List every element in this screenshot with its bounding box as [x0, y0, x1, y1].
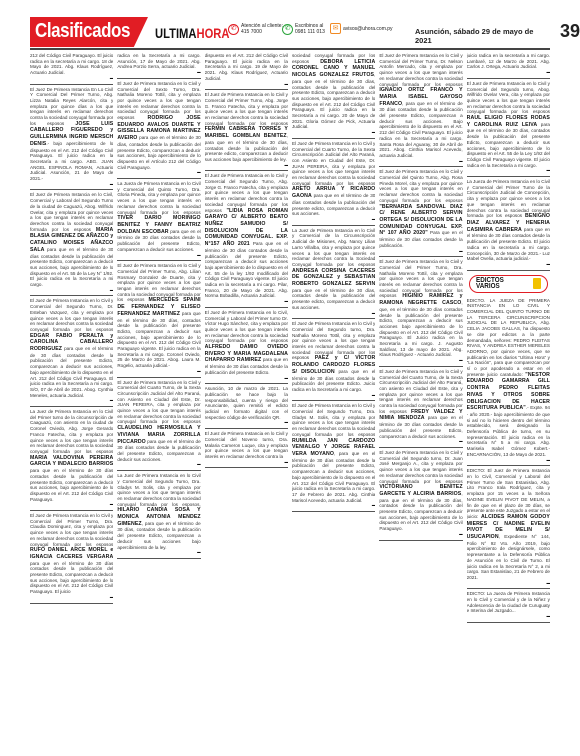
section-badge: EDICTOS VARIOS — [469, 275, 548, 293]
notice-end-mark: ▬ — [30, 595, 113, 601]
legal-notice: El Juez de Primera Instancia en lo Civil… — [379, 368, 462, 448]
legal-notice: El Juez de Primera Instancia en lo Civil… — [205, 309, 288, 384]
legal-notice: La Juez de Primera Instancia en lo Civil… — [292, 227, 375, 320]
notice-text-cont: Para que en el término de 30 días contad… — [205, 241, 288, 298]
notice-text-cont: , Expediente N° 144, Folio N° 92 Vto. Añ… — [467, 534, 550, 580]
notice-parties: RUFO DANIEL ARCE MOREL e IGNACIA CACERES… — [30, 547, 113, 560]
notice-end-mark: ▬ — [117, 253, 200, 259]
legal-notice: El Juez de Primera Instancia en lo Civil… — [30, 191, 113, 296]
issue-date: Asunción, sábado 29 de mayo de 2021 — [415, 27, 550, 45]
notice-end-mark: ▬ — [205, 460, 288, 466]
column-1: 212 del Código Civil Paraguayo. El juici… — [30, 52, 113, 712]
notice-text-cont: para que en el término de 30 días, conta… — [292, 288, 375, 310]
legal-notice: El Juez de Primera Instancia en lo Civil… — [292, 140, 375, 226]
page-number: 39 — [560, 21, 580, 42]
notice-end-mark: ▬ — [30, 288, 113, 294]
section-banner: Clasificados — [30, 17, 148, 47]
notice-parties: FERMIN CABRERA TORRES Y MARIBEL GOMBLAN … — [205, 126, 288, 139]
notice-end-mark: ▬ — [117, 550, 200, 556]
column-2: radica en la Secretaría a mi cargo. Asun… — [117, 52, 200, 712]
legal-notice: EDICTO. LA JUEZA DE PRIMERA INSTANCIA EN… — [467, 297, 550, 467]
notice-end-mark: ▬ — [205, 82, 288, 88]
legal-notice: El Juez de Primera Instancia en lo Civil… — [117, 262, 200, 377]
legal-notice: 212 del Código Civil Paraguayo. El juici… — [30, 52, 113, 85]
legal-notice: El Juez de Primera Instancia en lo Civil… — [205, 91, 288, 171]
legal-notice: radica en la Secretaría a mi cargo. Asun… — [117, 52, 200, 79]
notice-text-cont: , para que en el término de 30 días, con… — [292, 72, 375, 129]
legal-notice: El Juez de Primera Instancia en lo Civil… — [30, 297, 113, 407]
notice-text: El Juez de Primera Instancia en lo Civil… — [292, 403, 375, 437]
section-title: Clasificados — [35, 20, 130, 43]
notice-end-mark: ▬ — [205, 376, 288, 382]
notice-text: dispuesto en el Art. 212 del Código Civi… — [205, 53, 288, 81]
whatsapp-icon: ✆ — [282, 24, 293, 35]
notice-text: La Juez de Primera Instancia en lo Civil… — [117, 473, 200, 507]
notice-text: El Juez de Primera Instancia en lo Civil… — [205, 92, 288, 126]
column-4: sociedad conyugal formada por los esposo… — [292, 52, 375, 712]
contact-phone: ✆ Atención al cliente:415 7000 — [228, 23, 283, 35]
notice-text: 212 del Código Civil Paraguayo. El juici… — [30, 53, 113, 75]
notice-text-cont: , para que en el término de 30 días, con… — [379, 491, 462, 531]
notice-end-mark: ▬ — [205, 420, 288, 426]
notice-text: El Juez de Primera Instancia en lo Civil… — [379, 450, 462, 484]
notice-end-mark: ▬ — [379, 159, 462, 165]
logo-hora: HORA — [196, 25, 229, 41]
notice-text-cont: , para que en el término de 30 días cont… — [292, 451, 375, 503]
legal-notice: El Juez de Primera Instancia en lo Civil… — [379, 52, 462, 167]
notice-text: El Juez de Primera Instancia en lo Civil… — [30, 513, 113, 547]
notice-text: El Juez de Primera Instancia en lo Civil… — [205, 310, 288, 344]
notice-text-cont: para que en el término de 30 días contad… — [30, 468, 113, 502]
legal-notice: El Juez de Primera Instancia en lo Civil… — [117, 379, 200, 472]
header-rule — [30, 48, 550, 50]
notice-end-mark: ▬ — [379, 358, 462, 364]
notice-text: El Juez de Primera Instancia en lo Civil… — [117, 380, 200, 425]
notice-end-mark: ▬ — [30, 398, 113, 404]
legal-notice: sociedad conyugal formada por los esposo… — [292, 52, 375, 139]
contact-value: avisos@uhora.com.py — [343, 26, 393, 32]
notice-text: La Juez de Primera Instancia en lo Civil… — [292, 228, 375, 267]
notice-text: radica en la Secretaría a mi cargo. Asun… — [117, 53, 200, 69]
notice-end-mark: ▬ — [117, 70, 200, 76]
notice-text-cont: .- Expte. 94 - año 2020.- bajo apercibim… — [467, 405, 550, 457]
notice-text-cont: para que en el término de 30 días contad… — [30, 247, 113, 287]
notice-end-mark: ▬ — [205, 299, 288, 305]
notice-end-mark: ▬ — [467, 458, 550, 464]
email-icon: ✉ — [330, 23, 341, 34]
column-3: dispuesto en el Art. 212 del Código Civi… — [205, 52, 288, 712]
notice-text-cont: .- bajo apercibimiento de lo dispuesto e… — [30, 141, 113, 181]
legal-notice: La Jueza de Primera Instancia en lo Civi… — [117, 180, 200, 261]
legal-notice: El Juez de Primera Instancia en lo Civil… — [292, 320, 375, 401]
legal-notice: El Juez de Primera Instancia en lo Civil… — [205, 430, 288, 468]
legal-notice: La Juez de Primera Instancia en lo Civil… — [30, 408, 113, 511]
notice-end-mark: ▬ — [467, 581, 550, 587]
notice-end-mark: ▬ — [205, 163, 288, 169]
notice-end-mark: ▬ — [30, 502, 113, 508]
notice-text: EDICTO: El Juez de Primera Instancia en … — [467, 468, 550, 519]
notice-end-mark: ▬ — [379, 532, 462, 538]
notice-text-cont: para que en el término de 30 días contad… — [30, 346, 113, 398]
contact-whatsapp: ✆ Escribinos al0981 111 013 — [282, 23, 325, 35]
legal-notice: EDICTO: La Jueza de Primera Instancia en… — [467, 590, 550, 623]
notice-parties: MARIA VALDOVINA PEREIRA GARCIA Y INDALEC… — [30, 455, 113, 468]
notice-text: El Juez de Primera Instancia en lo Civil… — [379, 369, 462, 414]
legal-notice: El Juez de Primera Instancia en lo Civil… — [205, 172, 288, 307]
notice-end-mark: ▬ — [292, 503, 375, 509]
notice-text: juicio radica en la secretaría a mi carg… — [467, 53, 550, 69]
notice-end-mark: ▬ — [30, 182, 113, 188]
column-6: juicio radica en la secretaría a mi carg… — [467, 52, 550, 712]
legal-notice: El Juez de Primera Instancia en lo Civil… — [379, 449, 462, 541]
notice-end-mark: ▬ — [117, 462, 200, 468]
legal-notice: El Juez De Primera Instancia En Lo Civil… — [30, 86, 113, 191]
notice-text: El Juez de Primera Instancia en lo Civil… — [379, 53, 462, 87]
document-icon — [533, 278, 541, 289]
phone-icon: ✆ — [228, 24, 239, 35]
notice-text: EDICTO: La Jueza de Primera Instancia en… — [467, 591, 550, 613]
logo-ultima: ULTIMA — [155, 25, 196, 41]
notice-end-mark: ▬ — [292, 393, 375, 399]
notice-text: El Juez de Primera Instancia en lo Civil… — [292, 141, 375, 186]
contact-value: 415 7000 — [241, 29, 262, 35]
column-5: El Juez de Primera Instancia en lo Civil… — [379, 52, 462, 712]
notice-text: La Jueza de Primera Instancia en lo Civi… — [117, 181, 200, 215]
notice-text: Asunción, 10 de marzo de 2021. La public… — [205, 386, 288, 420]
legal-notice: El Juez de Primera Instancia en lo Civil… — [292, 402, 375, 512]
legal-notice: El Juez de Primera Instancia en lo Civil… — [467, 80, 550, 177]
notice-end-mark: ▬ — [467, 168, 550, 174]
notice-text-cont: para que en el término de 30 días contad… — [30, 561, 113, 595]
notice-end-mark: ▬ — [292, 130, 375, 136]
notice-end-mark: ▬ — [467, 70, 550, 76]
notice-parties: VICTORIANO BENITEZ GARCETE Y ALCIRIA BAR… — [379, 484, 462, 497]
notice-text-cont: para que en el término de 30 días, conta… — [117, 311, 200, 368]
notice-text: La Juez de Primera Instancia en lo Civil… — [30, 409, 113, 454]
notice-end-mark: ▬ — [292, 217, 375, 223]
notice-text-cont: para que en el término de 30 días, conta… — [467, 122, 550, 168]
notice-end-mark: ▬ — [379, 439, 462, 445]
legal-notice: EDICTO: El Juez de Primera Instancia en … — [467, 467, 550, 589]
notice-end-mark: ▬ — [467, 614, 550, 620]
notice-end-mark: ▬ — [379, 249, 462, 255]
contact-value: 0981 111 013 — [295, 29, 325, 35]
notice-end-mark: ▬ — [30, 76, 113, 82]
notice-end-mark: ▬ — [292, 311, 375, 317]
legal-notice: La Jueza de Primera Instancia en lo Civi… — [467, 178, 550, 271]
notice-end-mark: ▬ — [117, 369, 200, 375]
page-header: Clasificados ULTIMAHORA ✆ Atención al cl… — [30, 17, 550, 47]
notice-text: EDICTO. LA JUEZA DE PRIMERA INSTANCIA EN… — [467, 298, 550, 377]
notice-text-cont: , para que en el término de 30 días cont… — [379, 101, 462, 158]
legal-notice: juicio radica en la secretaría a mi carg… — [467, 52, 550, 79]
contact-email: ✉ avisos@uhora.com.py — [330, 23, 393, 34]
legal-notice: Asunción, 10 de marzo de 2021. La public… — [205, 385, 288, 429]
legal-notice: El Juez de Primera Instancia en lo Civil… — [379, 168, 462, 257]
notice-text: El Juez de Primera Instancia en lo Civil… — [467, 81, 550, 115]
legal-notice: El Juez de Primera Instancia en lo Civil… — [30, 512, 113, 604]
notice-text-cont: , que, en el término de 30 días contados… — [379, 300, 462, 357]
notice-text: El Juez de Primera Instancia en lo Civil… — [379, 169, 462, 203]
notice-text: El Juez de Primera Instancia en lo Civil… — [30, 298, 113, 332]
legal-notice: El Juez de Primera Instancia en lo Civil… — [117, 80, 200, 179]
legal-notice: dispuesto en el Art. 212 del Código Civi… — [205, 52, 288, 90]
notice-parties: ANDRESA CORSINA CACERES DE GONZALEZ y SE… — [292, 268, 375, 287]
notice-text: El Juez de Primera Instancia en lo Civil… — [205, 431, 288, 459]
notice-end-mark: ▬ — [467, 262, 550, 268]
section-badge-label: EDICTOS VARIOS — [476, 278, 528, 289]
newspaper-logo: ULTIMAHORA — [155, 25, 229, 41]
legal-notice: El Juez de Primera Instancia en lo Civil… — [379, 258, 462, 367]
legal-notice: La Juez de Primera Instancia en lo Civil… — [117, 472, 200, 559]
classifieds-columns: 212 del Código Civil Paraguayo. El juici… — [30, 52, 550, 712]
notice-end-mark: ▬ — [117, 170, 200, 176]
